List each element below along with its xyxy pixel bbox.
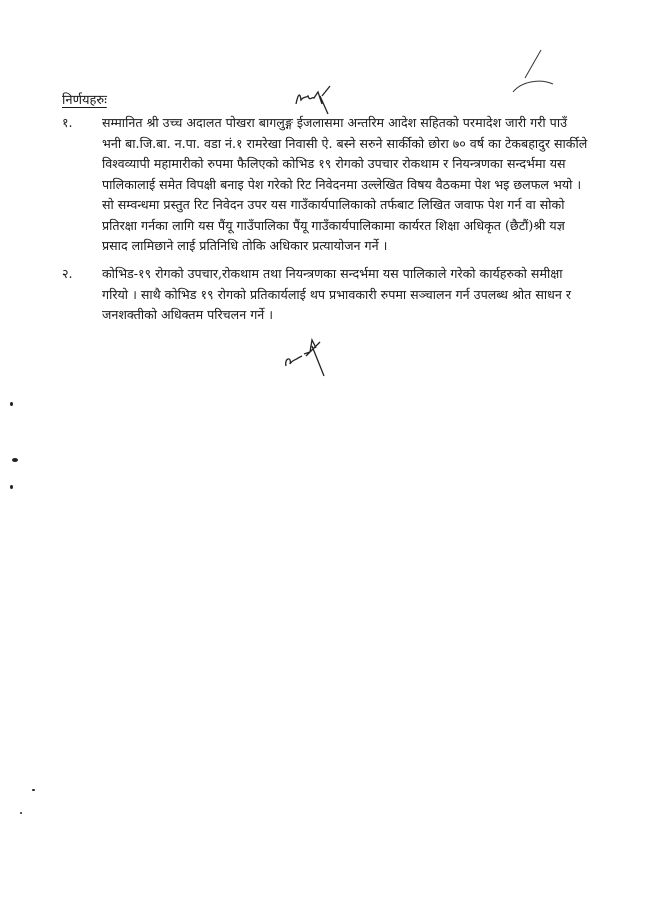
- scan-dot: [32, 789, 35, 791]
- scan-dot: [10, 402, 13, 406]
- scan-dot: [20, 812, 22, 814]
- decisions-heading: निर्णयहरुः: [62, 90, 107, 108]
- decision-number: २.: [62, 264, 102, 326]
- decision-text: कोभिड-१९ रोगको उपचार,रोकथाम तथा नियन्त्र…: [102, 264, 642, 326]
- scan-dot: [10, 485, 13, 489]
- corner-initial-mark: [505, 48, 555, 96]
- decision-item-1: १. सम्मानित श्री उच्च अदालत पोखरा बागलुङ…: [62, 113, 642, 257]
- decision-number: १.: [62, 113, 102, 257]
- signature-bottom: [282, 334, 328, 378]
- decision-item-2: २. कोभिड-१९ रोगको उपचार,रोकथाम तथा नियन्…: [62, 264, 642, 326]
- decision-text: सम्मानित श्री उच्च अदालत पोखरा बागलुङ्ग …: [102, 113, 642, 257]
- scan-dot: [12, 458, 18, 462]
